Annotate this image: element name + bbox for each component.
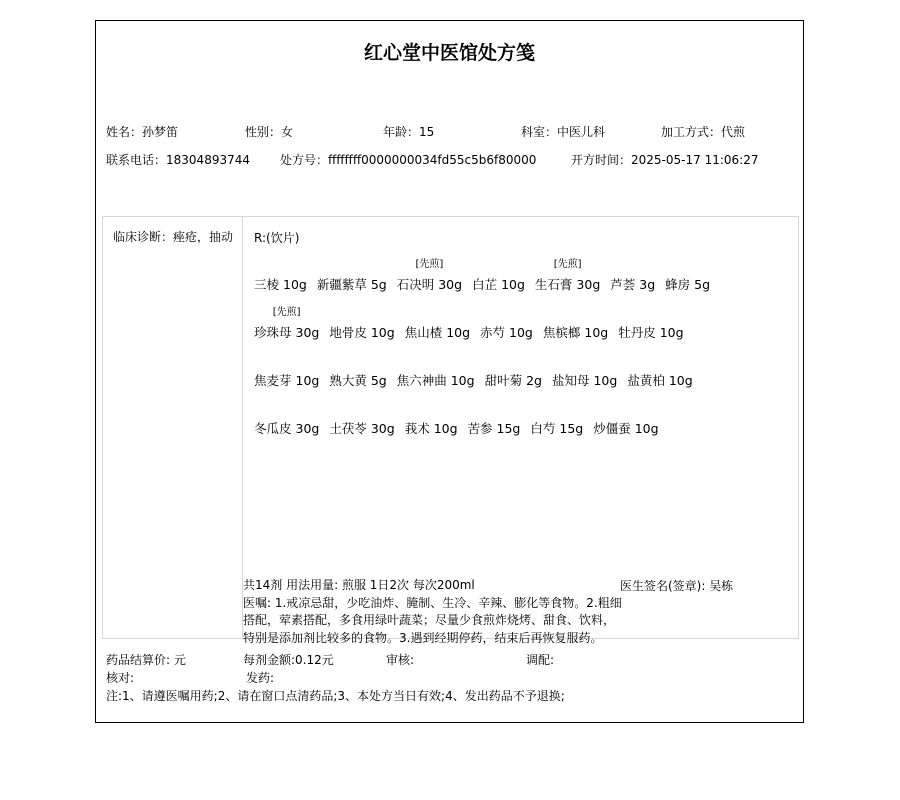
review-label: 审核: <box>386 651 414 668</box>
phone-value: 18304893744 <box>166 153 250 167</box>
department: 科室：中医儿科 <box>521 123 605 140</box>
process-label: 加工方式： <box>661 125 721 139</box>
herb-name: 三棱 <box>254 277 279 292</box>
dispense-mix-label: 调配: <box>526 651 554 668</box>
herb-name: 新疆紫草 <box>317 277 367 292</box>
price-label: 药品结算价: 元 <box>106 651 186 668</box>
herb-name: 焦麦芽 <box>254 373 292 388</box>
patient-age: 年龄：15 <box>383 123 434 140</box>
herb-name: 蜂房 <box>665 277 690 292</box>
check-label: 核对: <box>106 669 134 686</box>
herb-dose: 10g <box>635 421 659 436</box>
prescription-sheet: 红心堂中医馆处方笺 姓名：孙梦笛 性别：女 年龄：15 科室：中医儿科 加工方式… <box>95 20 804 723</box>
herb-item: 地骨皮 10g <box>329 323 394 341</box>
process-value: 代煎 <box>721 125 745 139</box>
age-label: 年龄： <box>383 125 419 139</box>
herb-item: 焦麦芽 10g <box>254 371 319 389</box>
herb-item: 白芍 15g <box>530 419 583 437</box>
herb-name: 焦槟榔 <box>543 325 581 340</box>
rx-header: R:(饮片) <box>254 229 299 246</box>
herb-name: 珍珠母 <box>254 325 292 340</box>
prescription-box: 临床诊断：痤疮，抽动 R:(饮片) 三棱 10g新疆紫草 5g[先煎]石决明 3… <box>102 216 799 639</box>
herb-dose: 30g <box>438 277 462 292</box>
doctor-signature: 医生签名(签章): 吴栋 <box>620 577 733 594</box>
time-value: 2025-05-17 11:06:27 <box>631 153 758 167</box>
herb-item: 新疆紫草 5g <box>317 275 387 293</box>
herb-dose: 10g <box>509 325 533 340</box>
diagnosis-value: 痤疮，抽动 <box>173 230 233 244</box>
herb-item: 熟大黄 5g <box>329 371 386 389</box>
herb-item: 牡丹皮 10g <box>618 323 683 341</box>
herb-dose: 30g <box>371 421 395 436</box>
page-title: 红心堂中医馆处方笺 <box>96 38 803 65</box>
herb-dose: 10g <box>296 373 320 388</box>
herb-row: 焦麦芽 10g熟大黄 5g焦六神曲 10g甜叶菊 2g盐知母 10g盐黄柏 10… <box>254 371 703 389</box>
herb-item: 甜叶菊 2g <box>485 371 542 389</box>
herb-item: 三棱 10g <box>254 275 307 293</box>
herb-name: 苦参 <box>468 421 493 436</box>
phone: 联系电话：18304893744 <box>106 151 250 168</box>
time-label: 开方时间： <box>571 153 631 167</box>
herb-note: [先煎] <box>254 303 319 318</box>
herb-row: 冬瓜皮 30g土茯苓 30g莪术 10g苦参 15g白芍 15g炒僵蚕 10g <box>254 419 669 437</box>
herb-dose: 5g <box>371 277 387 292</box>
doctor-advice: 医嘱: 1.戒凉忌甜，少吃油炸、腌制、生冷、辛辣、膨化等食物。2.粗细搭配，荤素… <box>243 595 623 648</box>
herb-item: [先煎]珍珠母 30g <box>254 323 319 341</box>
herb-item: 盐黄柏 10g <box>627 371 692 389</box>
rx-no-label: 处方号： <box>280 153 328 167</box>
herb-item: 白芷 10g <box>472 275 525 293</box>
herb-dose: 15g <box>497 421 521 436</box>
usage-block: 共14剂 用法用量: 煎服 1日2次 每次200ml 医嘱: 1.戒凉忌甜，少吃… <box>243 577 623 647</box>
herb-note: [先煎] <box>397 255 462 270</box>
herb-name: 炒僵蚕 <box>593 421 631 436</box>
herb-name: 熟大黄 <box>329 373 367 388</box>
per-dose-price: 每剂金额:0.12元 <box>243 651 334 668</box>
herb-name: 芦荟 <box>610 277 635 292</box>
herb-dose: 3g <box>639 277 655 292</box>
advice-label: 医嘱: <box>243 596 275 610</box>
herb-name: 土茯苓 <box>329 421 367 436</box>
name-value: 孙梦笛 <box>142 125 178 139</box>
herb-dose: 2g <box>526 373 542 388</box>
herb-item: 莪术 10g <box>405 419 458 437</box>
rx-no-value: ffffffff0000000034fd55c5b6f80000 <box>328 153 536 167</box>
herb-name: 冬瓜皮 <box>254 421 292 436</box>
herb-item: 焦槟榔 10g <box>543 323 608 341</box>
herb-item: 盐知母 10g <box>552 371 617 389</box>
name-label: 姓名： <box>106 125 142 139</box>
herb-name: 盐黄柏 <box>627 373 665 388</box>
herb-dose: 10g <box>660 325 684 340</box>
herb-name: 莪术 <box>405 421 430 436</box>
herb-dose: 10g <box>593 373 617 388</box>
gender-value: 女 <box>281 125 293 139</box>
herb-item: 蜂房 5g <box>665 275 710 293</box>
herb-dose: 15g <box>559 421 583 436</box>
herb-dose: 10g <box>584 325 608 340</box>
advice-text: 1.戒凉忌甜，少吃油炸、腌制、生冷、辛辣、膨化等食物。2.粗细搭配，荤素搭配，多… <box>243 596 622 645</box>
herb-name: 生石膏 <box>535 277 573 292</box>
phone-label: 联系电话： <box>106 153 166 167</box>
patient-gender: 性别：女 <box>245 123 293 140</box>
herb-dose: 10g <box>446 325 470 340</box>
herb-name: 白芷 <box>472 277 497 292</box>
herb-name: 焦山楂 <box>405 325 443 340</box>
notice: 注:1、请遵医嘱用药;2、请在窗口点清药品;3、本处方当日有效;4、发出药品不予… <box>106 687 565 704</box>
age-value: 15 <box>419 125 434 139</box>
herb-item: 焦山楂 10g <box>405 323 470 341</box>
herb-dose: 10g <box>434 421 458 436</box>
herb-item: 焦六神曲 10g <box>397 371 475 389</box>
diagnosis-label: 临床诊断： <box>113 230 173 244</box>
herb-name: 焦六神曲 <box>397 373 447 388</box>
herb-row: 三棱 10g新疆紫草 5g[先煎]石决明 30g白芷 10g[先煎]生石膏 30… <box>254 275 720 293</box>
herb-item: 炒僵蚕 10g <box>593 419 658 437</box>
herb-item: [先煎]生石膏 30g <box>535 275 600 293</box>
herb-name: 赤芍 <box>480 325 505 340</box>
prescribe-time: 开方时间：2025-05-17 11:06:27 <box>571 151 758 168</box>
prescription-number: 处方号：ffffffff0000000034fd55c5b6f80000 <box>280 151 536 168</box>
herb-dose: 10g <box>669 373 693 388</box>
herb-dose: 10g <box>501 277 525 292</box>
issue-label: 发药: <box>246 669 274 686</box>
herb-item: 芦荟 3g <box>610 275 655 293</box>
gender-label: 性别： <box>245 125 281 139</box>
herb-item: 苦参 15g <box>468 419 521 437</box>
patient-name: 姓名：孙梦笛 <box>106 123 178 140</box>
herb-item: 土茯苓 30g <box>329 419 394 437</box>
herb-dose: 30g <box>576 277 600 292</box>
herb-note: [先煎] <box>535 255 600 270</box>
dept-value: 中医儿科 <box>557 125 605 139</box>
herb-dose: 5g <box>694 277 710 292</box>
herb-name: 甜叶菊 <box>485 373 523 388</box>
herb-dose: 30g <box>296 325 320 340</box>
herb-name: 牡丹皮 <box>618 325 656 340</box>
herb-dose: 10g <box>283 277 307 292</box>
diagnosis-cell: 临床诊断：痤疮，抽动 <box>103 217 243 638</box>
herb-name: 盐知母 <box>552 373 590 388</box>
herb-name: 石决明 <box>397 277 435 292</box>
usage-line: 共14剂 用法用量: 煎服 1日2次 每次200ml <box>243 577 623 595</box>
herb-name: 白芍 <box>530 421 555 436</box>
signature-label: 医生签名(签章): <box>620 579 709 593</box>
herb-row: [先煎]珍珠母 30g地骨皮 10g焦山楂 10g赤芍 10g焦槟榔 10g牡丹… <box>254 323 694 341</box>
herb-item: 冬瓜皮 30g <box>254 419 319 437</box>
dept-label: 科室： <box>521 125 557 139</box>
process-method: 加工方式：代煎 <box>661 123 745 140</box>
herb-dose: 10g <box>371 325 395 340</box>
herb-name: 地骨皮 <box>329 325 367 340</box>
herb-dose: 30g <box>296 421 320 436</box>
herb-item: 赤芍 10g <box>480 323 533 341</box>
herb-item: [先煎]石决明 30g <box>397 275 462 293</box>
herb-dose: 5g <box>371 373 387 388</box>
doctor-name: 吴栋 <box>709 579 733 593</box>
herb-dose: 10g <box>451 373 475 388</box>
